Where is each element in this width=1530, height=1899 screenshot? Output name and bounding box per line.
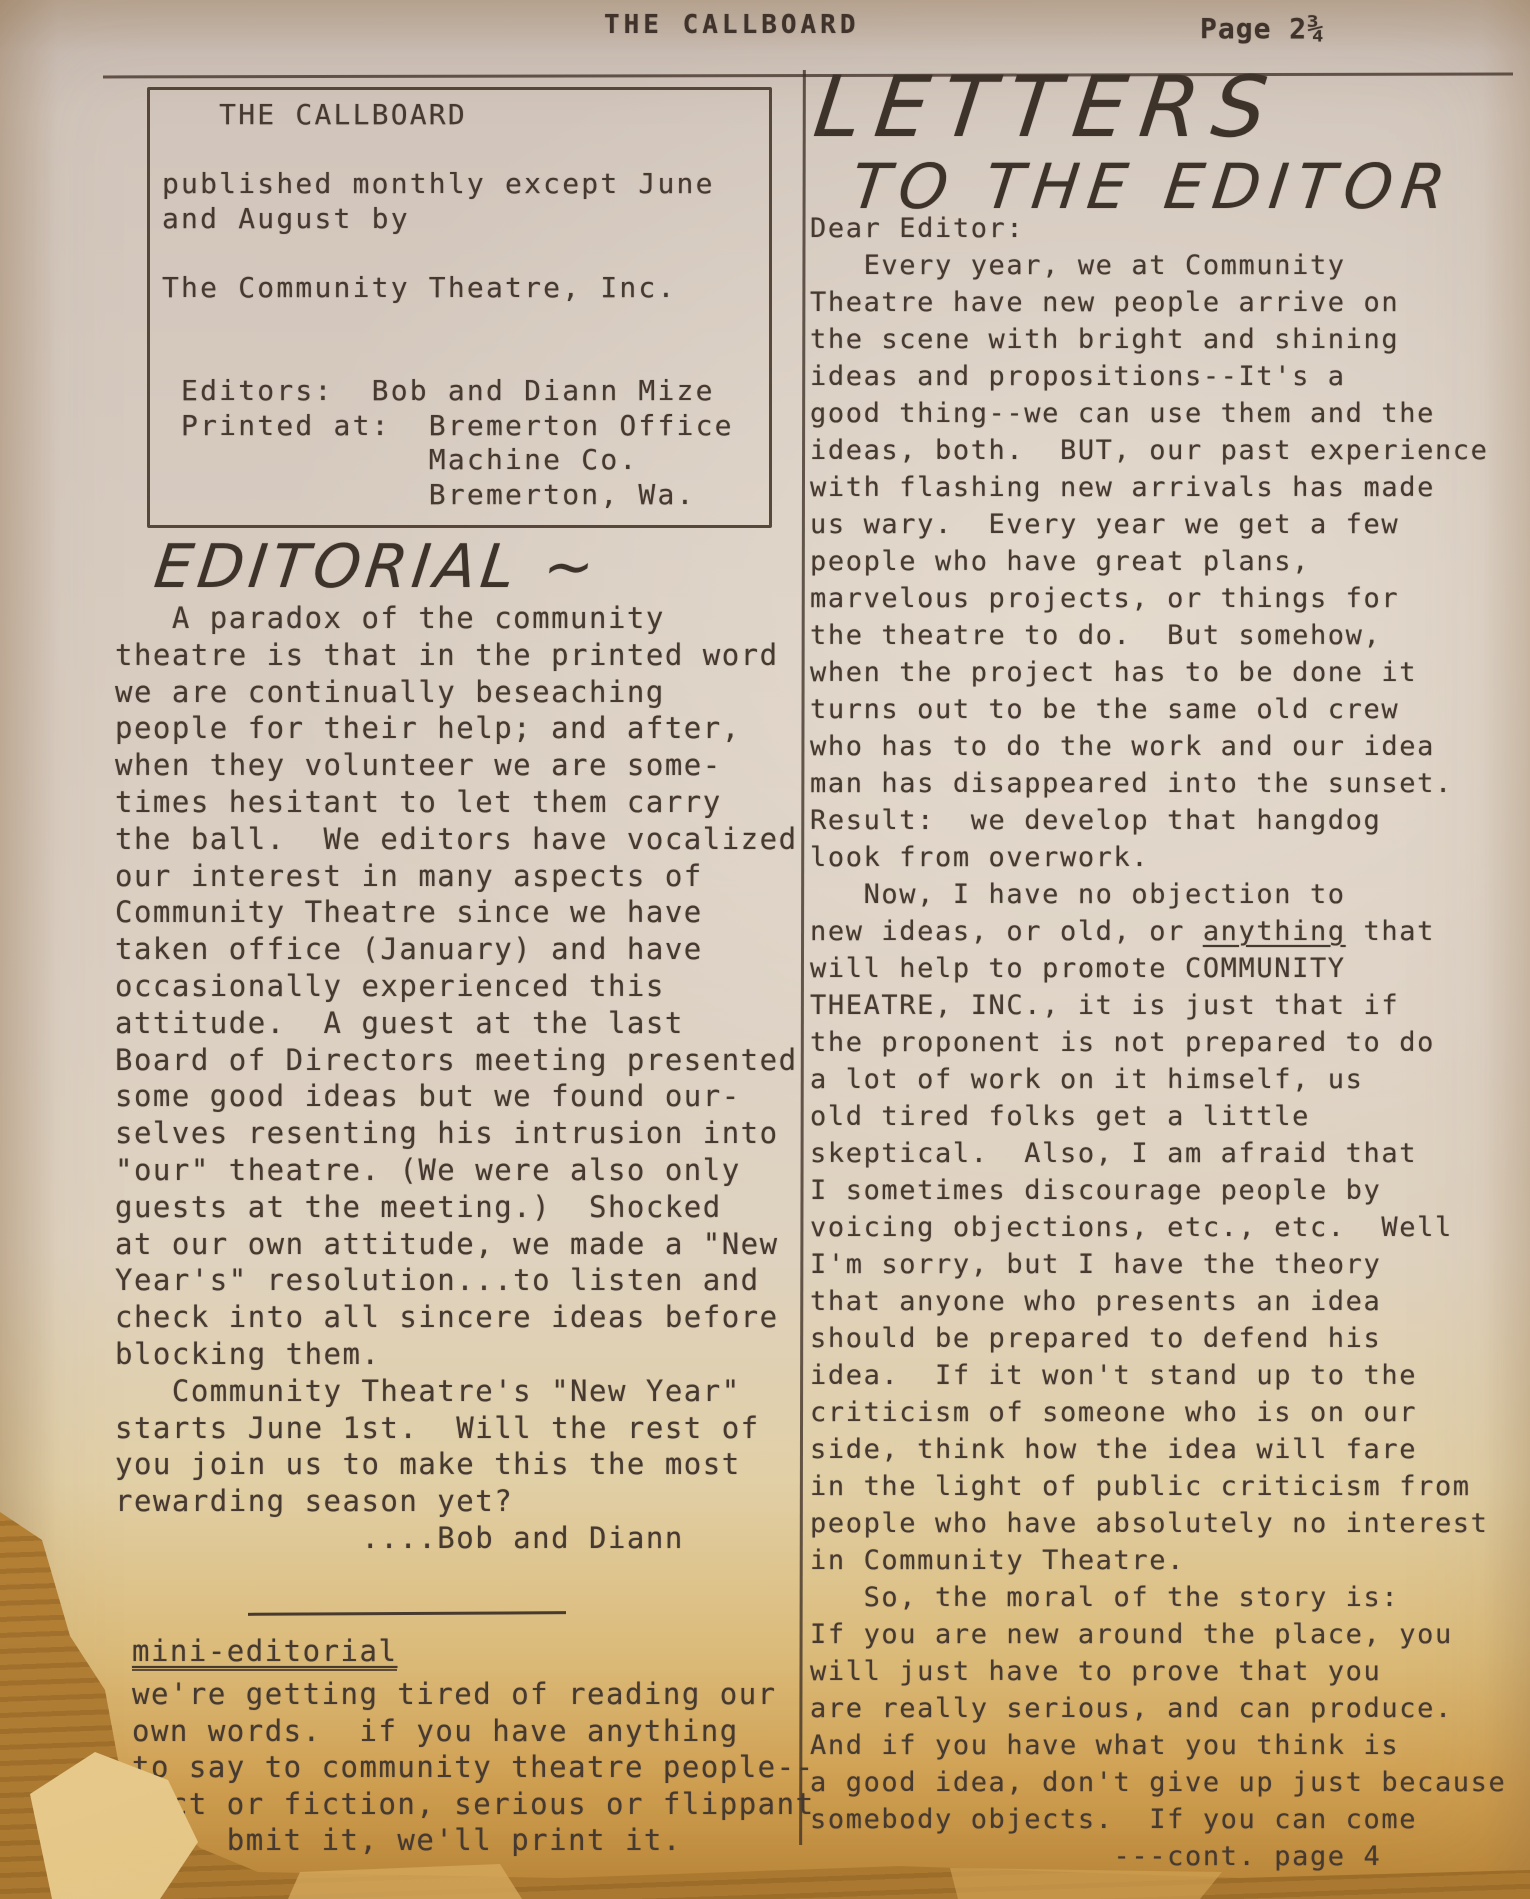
editorial-body: A paradox of the community theatre is th…	[115, 600, 798, 1557]
section-divider-rule	[248, 1611, 566, 1615]
column-divider-line	[799, 70, 805, 1845]
letter-underlined-word: anything	[1203, 916, 1346, 947]
letter-body-part2: that will help to promote COMMUNITY THEA…	[810, 916, 1506, 1872]
mini-editorial-body: we're getting tired of reading our own w…	[132, 1676, 815, 1859]
header-rule	[103, 73, 1513, 79]
letter-body: Dear Editor: Every year, we at Community…	[810, 210, 1520, 1875]
scanned-newsletter-page: THE CALLBOARD Page 2¾ THE CALLBOARD publ…	[0, 0, 1530, 1899]
page-header-title: THE CALLBOARD	[604, 10, 860, 40]
letter-body-part1: Dear Editor: Every year, we at Community…	[810, 213, 1489, 947]
masthead-box: THE CALLBOARD published monthly except J…	[147, 87, 772, 528]
page-number: Page 2¾	[1200, 12, 1325, 45]
letters-heading-line1: LETTERS	[809, 58, 1286, 156]
editorial-heading: EDITORIAL ~	[151, 532, 603, 602]
masthead-text: THE CALLBOARD published monthly except J…	[162, 98, 734, 512]
mini-editorial-heading: mini-editorial	[132, 1634, 397, 1671]
